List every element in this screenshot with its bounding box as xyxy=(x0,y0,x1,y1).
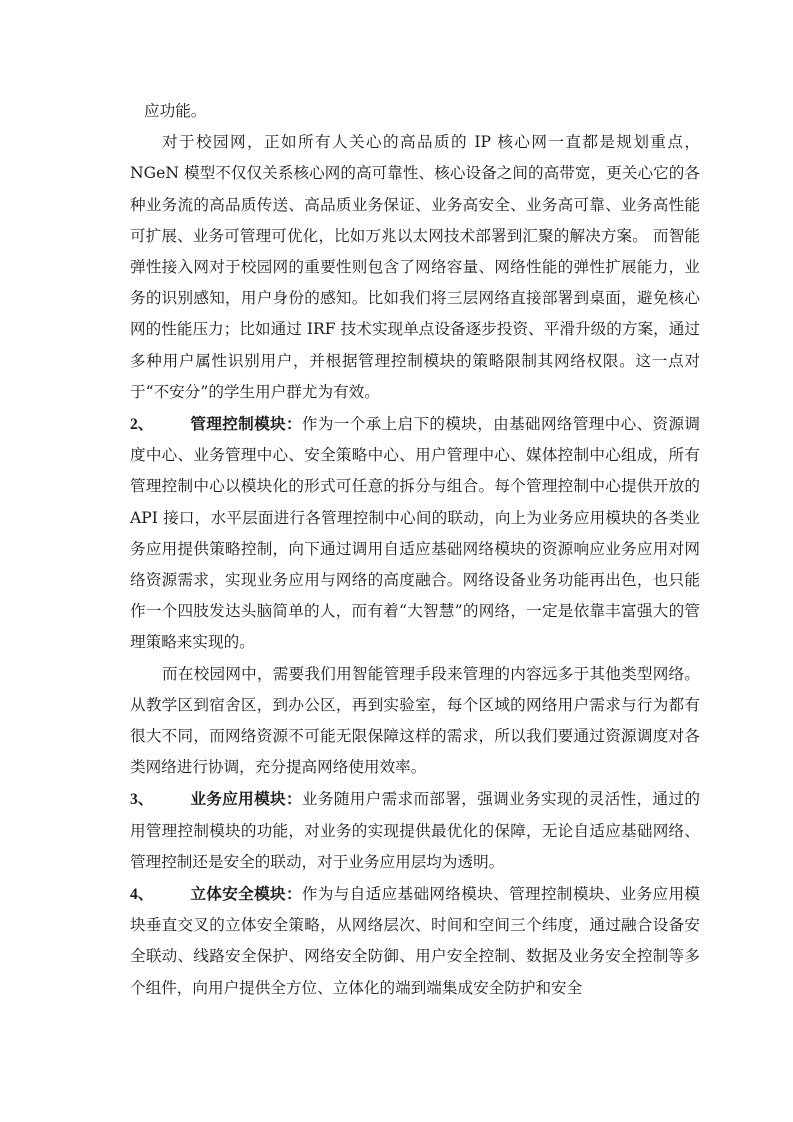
list-item-title: 立体安全模块： xyxy=(190,884,302,903)
paragraph-continuation: 应功能。 xyxy=(130,96,700,127)
list-item-title: 管理控制模块： xyxy=(190,414,302,433)
list-item-number: 2、 xyxy=(130,409,190,440)
list-item-business-application: 3、业务应用模块：业务随用户需求而部署，强调业务实现的灵活性，通过的用管理控制模… xyxy=(130,783,700,878)
list-item-title: 业务应用模块： xyxy=(190,789,302,808)
list-item-number: 4、 xyxy=(130,879,190,910)
list-item-management-control: 2、管理控制模块：作为一个承上启下的模块，由基础网络管理中心、资源调度中心、业务… xyxy=(130,408,700,659)
paragraph-campus-network: 对于校园网，正如所有人关心的高品质的 IP 核心网一直都是规划重点，NGeN 模… xyxy=(130,127,700,408)
list-item-security: 4、立体安全模块：作为与自适应基础网络模块、管理控制模块、业务应用模块垂直交叉的… xyxy=(130,878,700,1004)
paragraph-campus-management: 而在校园网中，需要我们用智能管理手段来管理的内容远多于其他类型网络。从教学区到宿… xyxy=(130,659,700,784)
list-item-number: 3、 xyxy=(130,784,190,815)
document-page: 应功能。 对于校园网，正如所有人关心的高品质的 IP 核心网一直都是规划重点，N… xyxy=(130,96,700,1004)
list-item-body: 作为一个承上启下的模块，由基础网络管理中心、资源调度中心、业务管理中心、安全策略… xyxy=(130,415,700,651)
